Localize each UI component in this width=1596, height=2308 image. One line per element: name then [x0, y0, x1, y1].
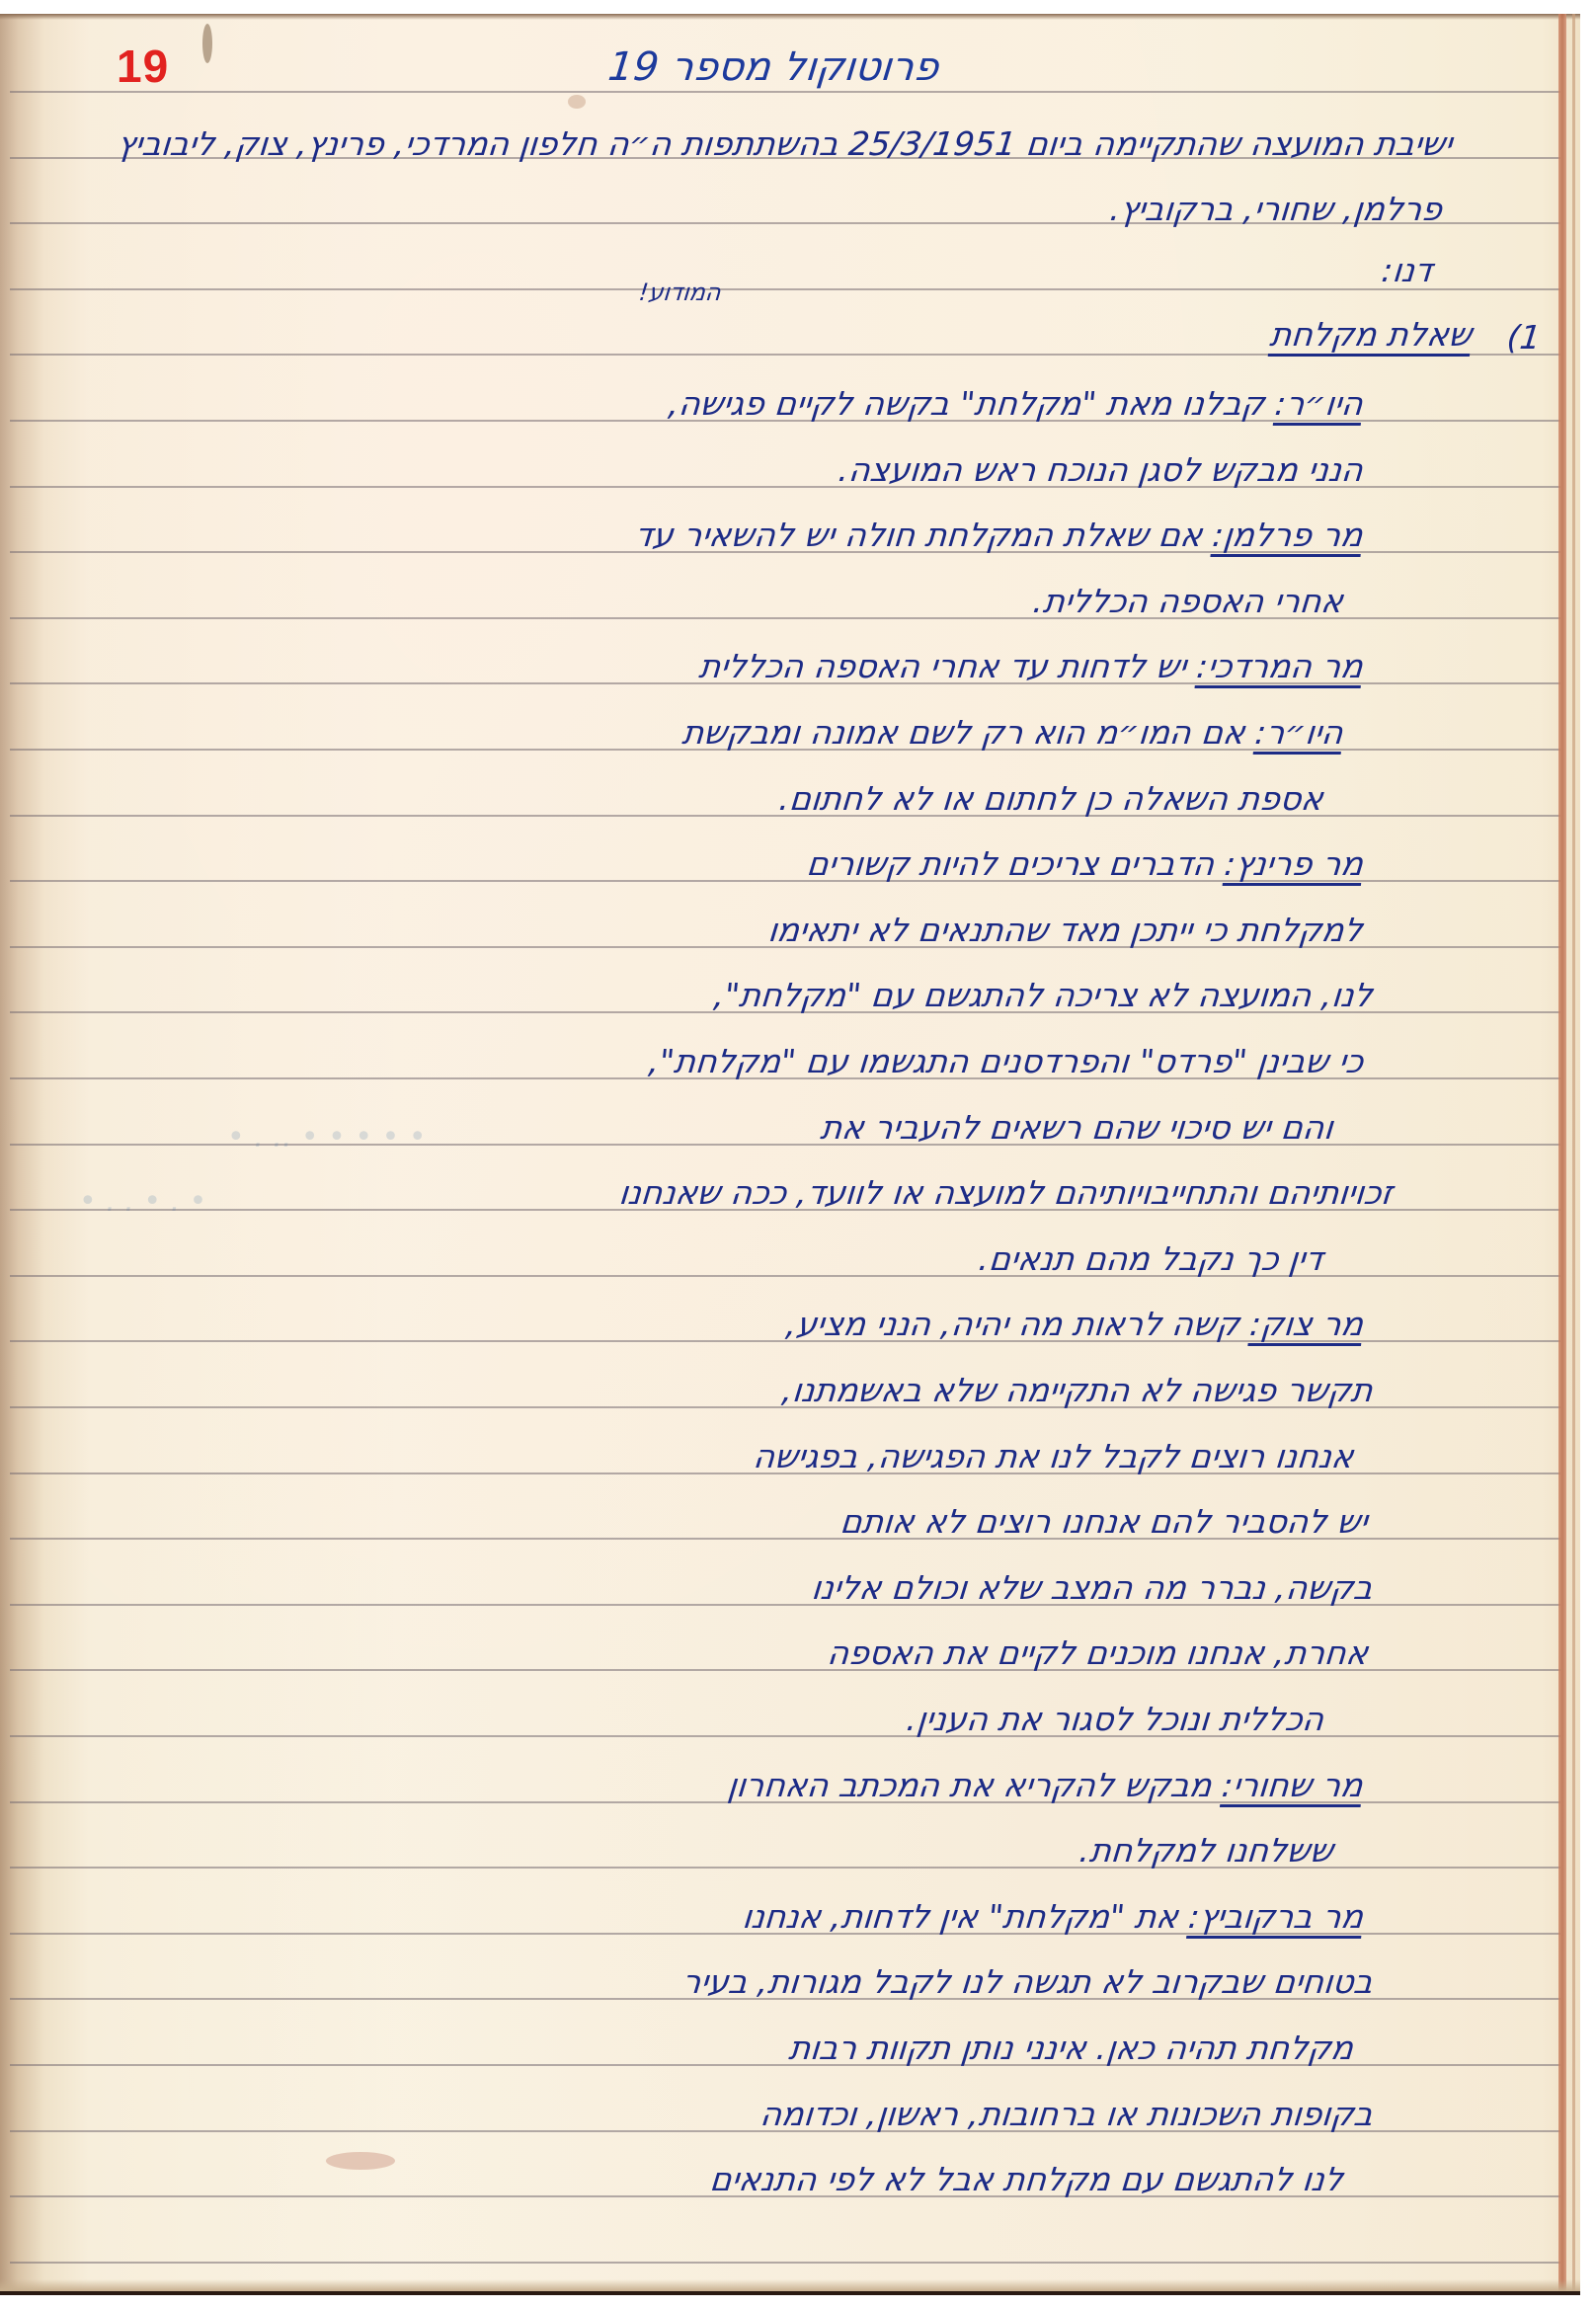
minutes-line: מר ברקוביץ: את "מקלחת" אין לדחות, אנחנו [741, 1897, 1366, 1937]
speaker-name: מר המרדכי: [1195, 647, 1365, 685]
paper-stain [568, 95, 586, 109]
ruled-line [10, 288, 1560, 290]
minutes-text: יש להסביר להם אנחנו רוצים לא אותם [838, 1502, 1370, 1541]
minutes-line: היו״ר: קבלנו מאת "מקלחת" בקשה לקיים פגיש… [667, 384, 1365, 424]
minutes-line: היו״ר: אם המו״מ הוא רק לשם אמונה ומבקשת [680, 713, 1345, 753]
header-line: ישיבת המועצה שהתקיימה ביום 25/3/1951 בהש… [116, 124, 1455, 164]
minutes-line: מר פרינץ: הדברים צריכים להיות קשורים [805, 844, 1365, 884]
minutes-text: אחרי האספה הכללית. [1031, 582, 1345, 620]
header-line: פרלמן, שחורי, ברקוביץ. [1108, 190, 1444, 229]
minutes-line: לנו להתגשם עם מקלחת אבל לא לפי התנאים [708, 2160, 1345, 2199]
ruled-line [10, 91, 1560, 93]
minutes-text: בקשה, נברר מה המצב שלא וכולם אלינו [810, 1568, 1375, 1607]
bleed-through-text: • . • . . • [79, 1184, 206, 1219]
minutes-text: תקשר פגישה לא התקיימה שלא באשמתנו, [780, 1371, 1375, 1409]
minutes-text: הכללית ונוכל לסגור את הענין. [905, 1700, 1325, 1738]
minutes-line: ששלחנו למקלחת. [1077, 1831, 1335, 1870]
speaker-name: מר צוק: [1247, 1305, 1365, 1343]
discussed-label: דנו: [1380, 251, 1435, 290]
minutes-text: אנחנו רוצים לקבל לנו את הפגישה, בפגישה [752, 1437, 1355, 1475]
minutes-line: אחרי האספה הכללית. [1031, 582, 1345, 621]
minutes-text: ששלחנו למקלחת. [1077, 1831, 1335, 1870]
right-page-edge [1572, 14, 1575, 2295]
ruled-line [10, 1735, 1560, 1737]
paper-stain [202, 24, 212, 63]
notebook-page: • • • • • .. . • • . • . . • 19 פרוטוקול… [0, 14, 1580, 2295]
page-number: 19 [117, 40, 169, 93]
minutes-line: מר צוק: קשה לראות מה יהיה, הנני מציע, [784, 1305, 1366, 1344]
speaker-name: היו״ר: [1273, 384, 1365, 423]
minutes-text: קבלנו מאת "מקלחת" בקשה לקיים פגישה, [667, 384, 1267, 423]
minutes-line: הנני מבקש לסגן הנוכח ראש המועצה. [837, 450, 1365, 490]
minutes-text: כי שבינן "פרדס" והפרדסנים התגשמו עם "מקל… [647, 1042, 1366, 1080]
minutes-line: מר המרדכי: יש לדחות עד אחרי האספה הכללית [697, 647, 1365, 686]
speaker-name: היו״ר: [1253, 713, 1345, 752]
minutes-line: אספת השאלה כן לחתום או לא לחתום. [777, 779, 1325, 819]
minutes-text: לנו, המועצה לא צריכה להתגשם עם "מקלחת", [712, 976, 1375, 1014]
agenda-item-number: 1) [1505, 318, 1543, 358]
minutes-line: בטוחים שבקרוב לא תגשה לנו לקבל מגורות, ב… [680, 1962, 1375, 2002]
minutes-text: אספת השאלה כן לחתום או לא לחתום. [777, 779, 1325, 818]
agenda-item-title: שאלת מקלחת [1268, 315, 1474, 355]
speaker-name: מר ברקוביץ: [1186, 1897, 1365, 1936]
minutes-text: דין כך נקבל מהם תנאים. [977, 1239, 1325, 1278]
minutes-text: קשה לראות מה יהיה, הנני מציע, [784, 1305, 1241, 1343]
minutes-line: כי שבינן "פרדס" והפרדסנים התגשמו עם "מקל… [646, 1042, 1365, 1081]
minutes-text: לנו להתגשם עם מקלחת אבל לא לפי התנאים [708, 2160, 1345, 2198]
minutes-line: יש להסביר להם אנחנו רוצים לא אותם [838, 1502, 1370, 1542]
minutes-line: בקשה, נברר מה המצב שלא וכולם אלינו [810, 1568, 1375, 1608]
bleed-through-text: • • • • • .. . • [227, 1120, 427, 1154]
minutes-text: זכויותיהם והתחייבויותיהם למועצה או לוועד… [617, 1173, 1395, 1212]
minutes-text: את "מקלחת" אין לדחות, אנחנו [741, 1897, 1180, 1936]
minutes-line: לנו, המועצה לא צריכה להתגשם עם "מקלחת", [712, 976, 1375, 1015]
page-bottom-edge [0, 2279, 1580, 2295]
minutes-line: אחרת, אנחנו מוכנים לקיים את האספה [826, 1633, 1370, 1673]
speaker-name: מר פרלמן: [1211, 516, 1365, 554]
minutes-text: והם יש סיכוי שהם רשאים להעביר את [819, 1108, 1335, 1147]
minutes-line: הכללית ונוכל לסגור את הענין. [905, 1700, 1326, 1739]
minutes-text: למקלחת כי ייתכן מאד שהתנאים לא יתאימו [766, 911, 1365, 949]
minutes-text: בקופות השכונות או ברחובות, ראשון, וכדומה [758, 2095, 1375, 2133]
minutes-line: מר שחורי: מבקש להקריא את המכתב האחרון [726, 1766, 1365, 1805]
side-note: המודוע! [637, 273, 723, 312]
minutes-line: תקשר פגישה לא התקיימה שלא באשמתנו, [780, 1371, 1375, 1410]
minutes-line: מקלחת תהיה כאן. אינני נותן תקוות רבות [787, 2029, 1355, 2068]
right-margin-line [1558, 14, 1566, 2295]
paper-stain [326, 2152, 395, 2170]
minutes-line: דין כך נקבל מהם תנאים. [977, 1239, 1325, 1279]
minutes-line: בקופות השכונות או ברחובות, ראשון, וכדומה [758, 2095, 1375, 2134]
minutes-text: הנני מבקש לסגן הנוכח ראש המועצה. [837, 450, 1365, 489]
minutes-line: מר פרלמן: אם שאלת המקלחת חולה יש להשאיר … [633, 516, 1365, 555]
minutes-text: אם המו״מ הוא רק לשם אמונה ומבקשת [680, 713, 1247, 752]
minutes-text: יש לדחות עד אחרי האספה הכללית [697, 647, 1188, 685]
minutes-line: והם יש סיכוי שהם רשאים להעביר את [819, 1108, 1335, 1148]
minutes-text: מבקש להקריא את המכתב האחרון [726, 1766, 1214, 1804]
agenda-item-title-text: שאלת מקלחת [1268, 315, 1474, 354]
ruled-line [10, 2262, 1560, 2264]
minutes-text: הדברים צריכים להיות קשורים [805, 844, 1217, 883]
speaker-name: מר פרינץ: [1223, 844, 1365, 883]
minutes-text: מקלחת תהיה כאן. אינני נותן תקוות רבות [787, 2029, 1355, 2067]
minutes-line: אנחנו רוצים לקבל לנו את הפגישה, בפגישה [752, 1437, 1356, 1476]
minutes-text: אחרת, אנחנו מוכנים לקיים את האספה [826, 1633, 1370, 1672]
minutes-line: למקלחת כי ייתכן מאד שהתנאים לא יתאימו [766, 911, 1365, 950]
minutes-line: זכויותיהם והתחייבויותיהם למועצה או לוועד… [617, 1173, 1395, 1213]
document-title: פרוטוקול מספר 19 [606, 47, 941, 87]
speaker-name: מר שחורי: [1220, 1766, 1365, 1804]
minutes-text: בטוחים שבקרוב לא תגשה לנו לקבל מגורות, ב… [680, 1962, 1375, 2001]
ruled-line [10, 1275, 1560, 1277]
page-top-edge [0, 14, 1580, 20]
minutes-text: אם שאלת המקלחת חולה יש להשאיר עד [633, 516, 1204, 554]
